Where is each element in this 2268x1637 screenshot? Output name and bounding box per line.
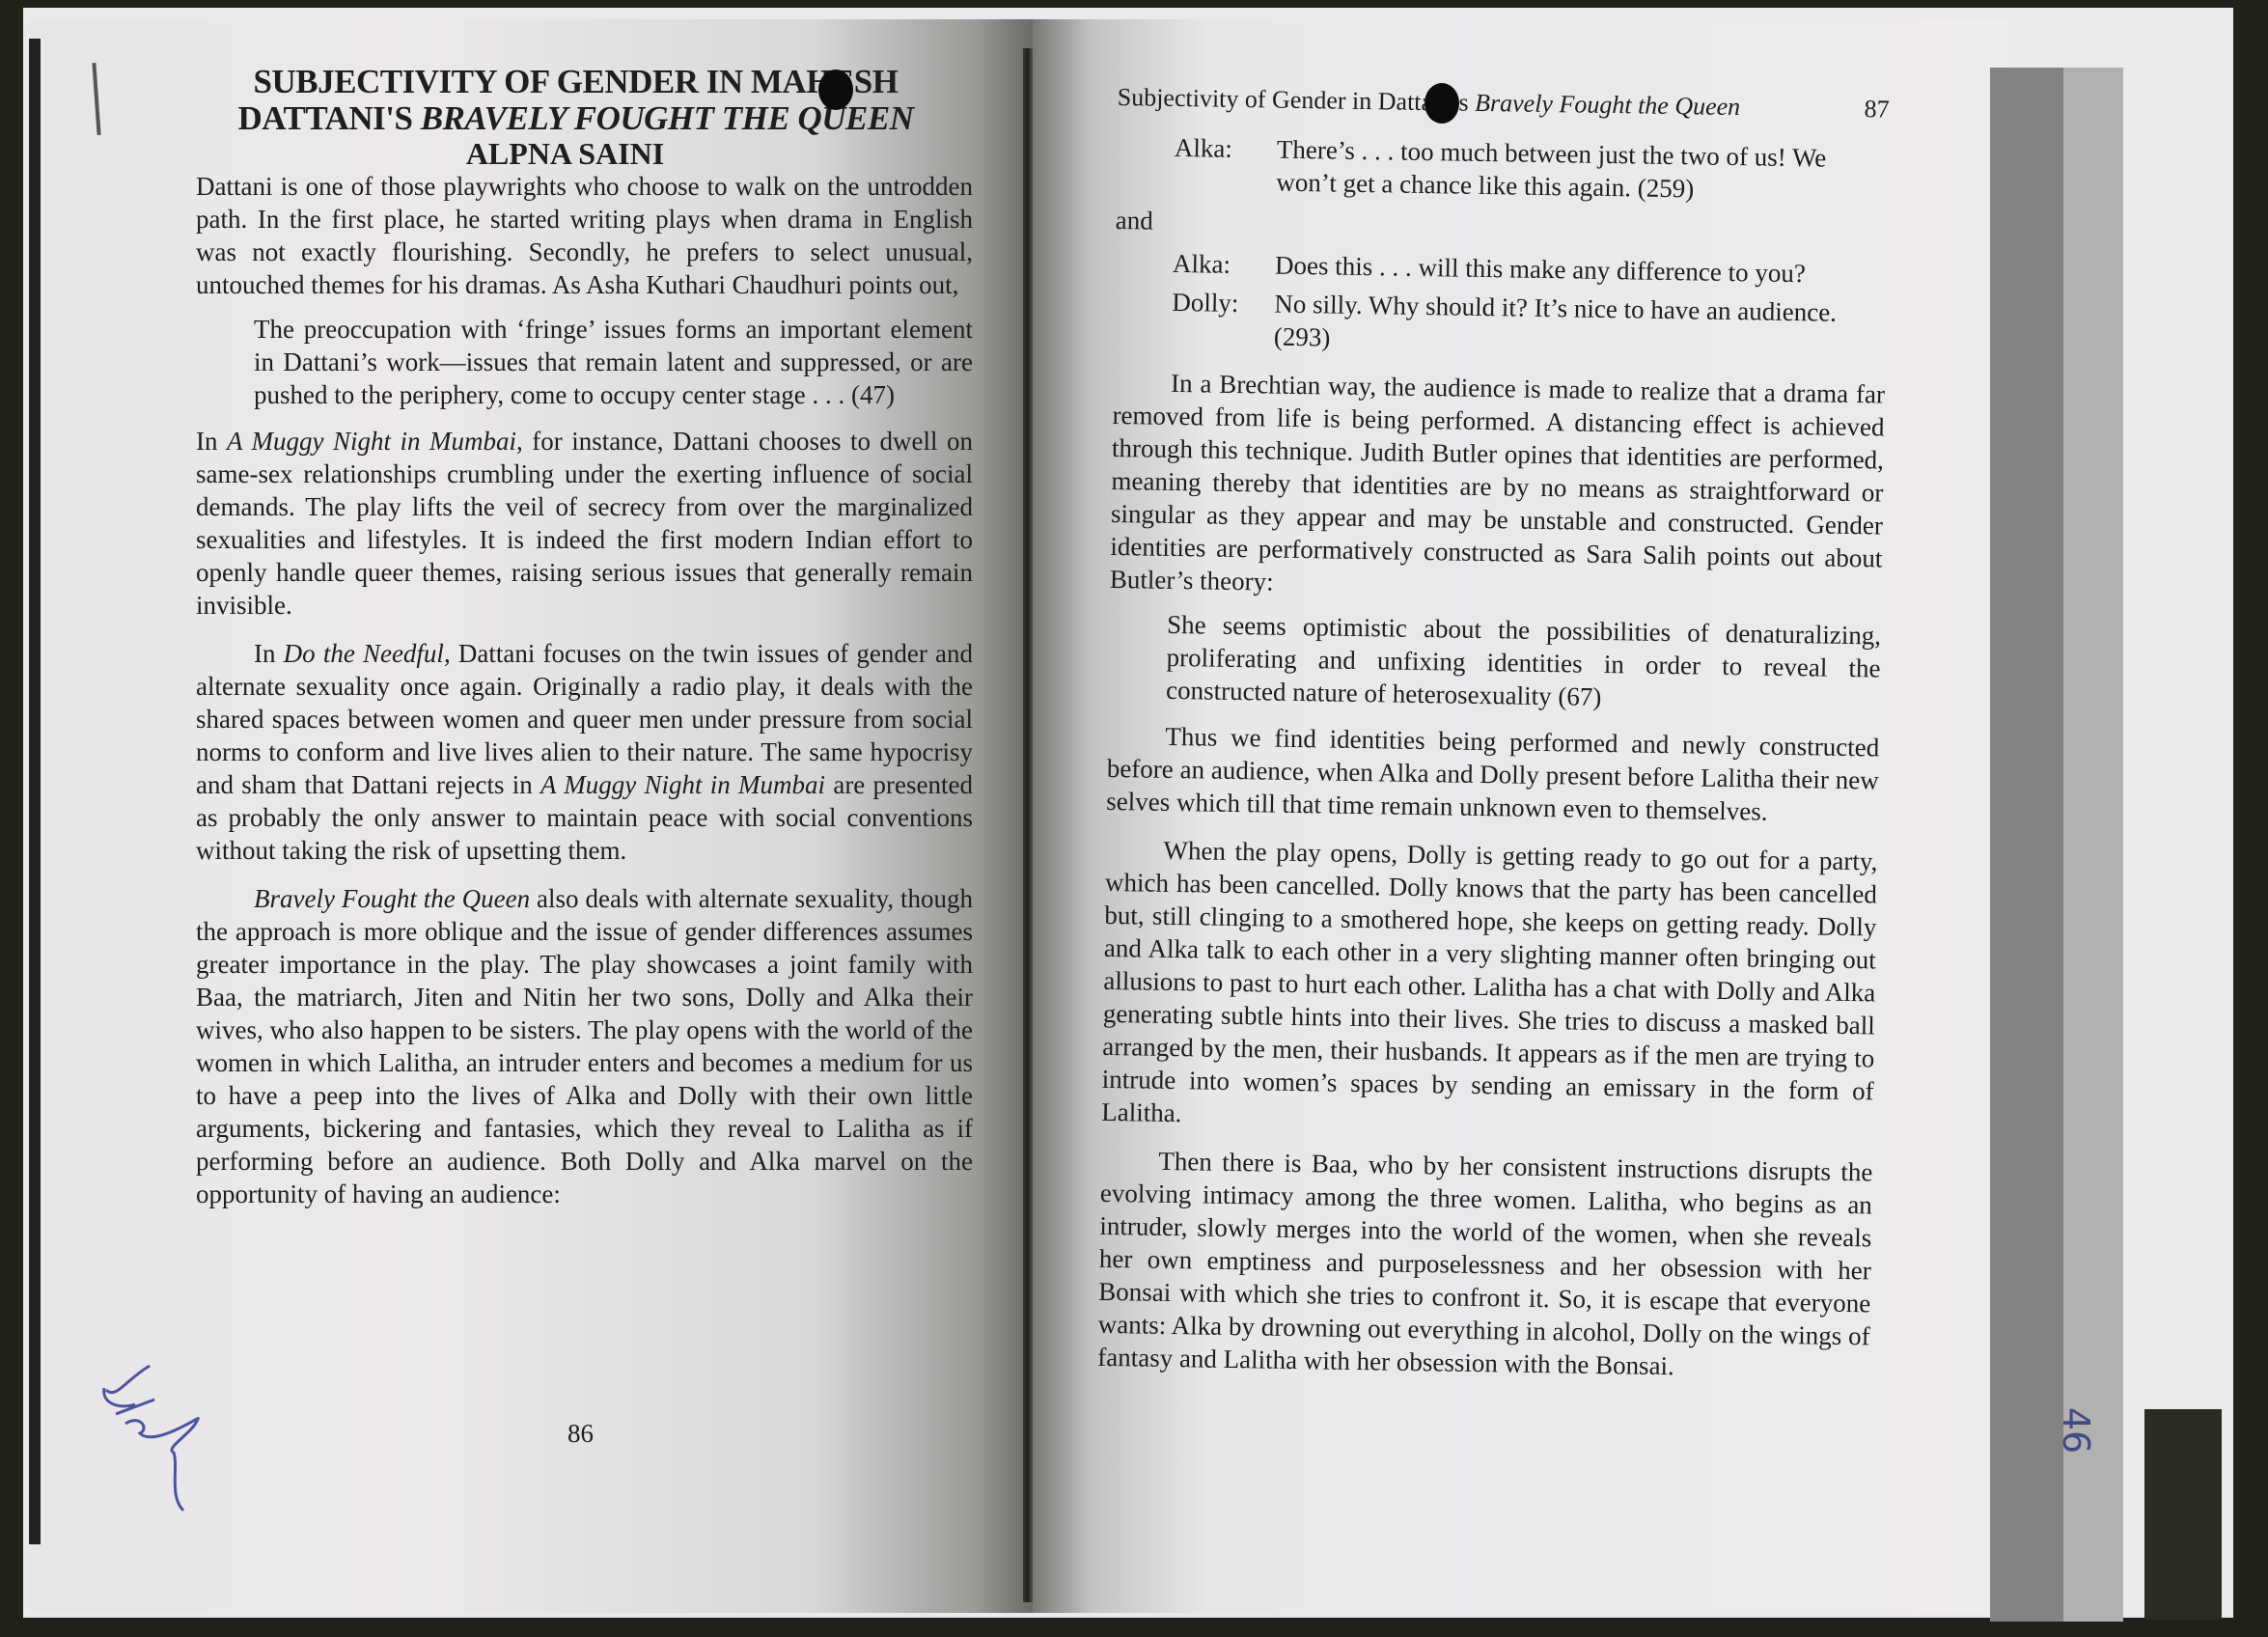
paragraph: In A Muggy Night in Mumbai, for instance… [196,425,973,622]
handwritten-signature [97,1361,241,1515]
paragraph: Then there is Baa, who by her consistent… [1097,1144,1873,1386]
left-page-content: SUBJECTIVITY OF GENDER IN MAHESH DATTANI… [196,64,973,1210]
scan-shadow-strip-light [2063,68,2123,1622]
author-name: ALPNA SAINI [196,137,973,170]
page-number-right: 87 [1864,94,1889,125]
book-spine [1023,48,1033,1602]
paragraph: In Do the Needful, Dattani focuses on th… [196,637,973,867]
punch-hole [818,69,853,110]
article-title: SUBJECTIVITY OF GENDER IN MAHESH DATTANI… [196,64,973,137]
speaker-label: Alka: [1174,131,1271,199]
dialogue-block: Alka: Does this . . . will this make any… [1172,247,1888,363]
title-line-1: SUBJECTIVITY OF GENDER IN MAHESH [254,63,899,100]
paragraph: Dattani is one of those playwrights who … [196,170,973,301]
paragraph: In a Brechtian way, the audience is made… [1110,366,1886,608]
paragraph: When the play opens, Dolly is getting re… [1101,833,1878,1141]
speaker-label: Alka: [1173,247,1270,282]
speaker-label: Dolly: [1172,286,1269,353]
paragraph: Bravely Fought the Queen also deals with… [196,882,973,1210]
block-quote: The preoccupation with ‘fringe’ issues f… [254,313,973,411]
punch-hole [1424,83,1459,124]
connector-text: and [1115,204,1887,249]
paragraph: Thus we find identities being performed … [1106,719,1880,830]
right-page-content: Subjectivity of Gender in Dattani’s Brav… [1097,82,1890,1385]
dialogue-block: Alka: There’s . . . too much between jus… [1174,131,1889,208]
page-number-left: 86 [567,1419,594,1449]
block-quote: She seems optimistic about the possibili… [1166,608,1882,718]
handwritten-margin-note: 46 [2055,1407,2097,1454]
dialogue-line: Does this . . . will this make any diffe… [1275,249,1887,291]
dialogue-line: No silly. Why should it? It’s nice to ha… [1274,288,1887,363]
title-line-2: DATTANI'S [238,99,421,137]
scan-edge-block [2144,1409,2222,1620]
binding-edge [29,39,41,1544]
dialogue-line: There’s . . . too much between just the … [1276,133,1889,208]
